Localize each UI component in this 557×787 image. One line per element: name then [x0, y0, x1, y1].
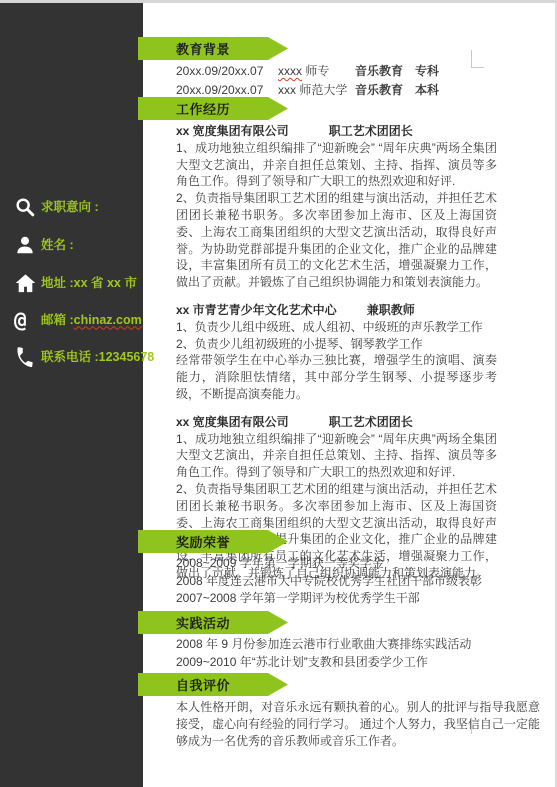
job-company: xx 宽度集团有限公司 [176, 414, 289, 431]
email-label: 邮箱 :chinaz.com [41, 313, 142, 328]
section-title: 实践活动 [176, 613, 230, 632]
email-value[interactable]: chinaz.com [74, 313, 142, 327]
job-role: 职工艺术团团长 [329, 414, 413, 431]
job-company: xx 宽度集团有限公司 [176, 123, 289, 140]
job-paragraph: 经常带领学生在中心举办三独比赛，增强学生的演唱、演奏能力，消除胆怯情绪，其中部分… [176, 352, 497, 402]
name-label: 姓名 : [41, 238, 74, 253]
edu-period: 20xx.09/20xx.07 [176, 62, 278, 81]
section-practice: 实践活动 2008 年 9 月份参加连云港市行业歌曲大赛排练实践活动 2009~… [138, 611, 537, 671]
sidebar-item-name: 姓名 : [14, 234, 140, 256]
selfeval-text: 本人性格开朗，对音乐永远有颗执着的心。别人的批评与指导我愿意接受，虚心向有经验的… [176, 699, 540, 750]
practice-banner: 实践活动 [138, 611, 288, 634]
at-icon: @ [14, 309, 41, 331]
sidebar-item-email: @ 邮箱 :chinaz.com [14, 309, 140, 331]
job-role: 兼职教师 [367, 302, 415, 319]
job-header: xx 宽度集团有限公司 职工艺术团团长 [176, 414, 497, 431]
search-icon [14, 196, 41, 218]
job-paragraph: 1、成功地独立组织编排了“迎新晚会” “周年庆典”两场全集团大型文艺演出，并亲自… [176, 140, 497, 190]
practice-item: 2009~2010 年“苏北计划”支教和县团委学少工作 [176, 654, 532, 672]
text-boundary-mark [471, 718, 472, 734]
sidebar-item-address: 地址 :xx 省 xx 市 [14, 272, 140, 295]
user-icon [14, 234, 41, 256]
section-education: 教育背景 20xx.09/20xx.07 xxxx 师专 音乐教育 专科 20x… [138, 37, 537, 99]
award-item: 2007~2008 学年第一学期评为校优秀学生干部 [176, 590, 532, 608]
edu-degree: 专科 [415, 62, 532, 81]
sidebar-item-objective: 求职意向 : [14, 196, 140, 218]
section-title: 教育背景 [176, 39, 230, 58]
section-title: 工作经历 [176, 99, 230, 118]
address-label: 地址 :xx 省 xx 市 [41, 276, 137, 291]
job-header: xx 宽度集团有限公司 职工艺术团团长 [176, 123, 497, 140]
job-company: xx 市青艺青少年文化艺术中心 [176, 302, 337, 319]
section-title: 奖励荣誉 [176, 532, 230, 551]
job-paragraph: 2、负责少儿组初级班的小提琴、钢琴教学工作 [176, 336, 497, 353]
job-header: xx 市青艺青少年文化艺术中心 兼职教师 [176, 302, 497, 319]
text-boundary-mark [471, 50, 472, 68]
section-work: 工作经历 xx 宽度集团有限公司 职工艺术团团长 1、成功地独立组织编排了“迎新… [138, 97, 537, 593]
objective-label: 求职意向 : [41, 200, 99, 215]
awards-banner: 奖励荣誉 [138, 530, 288, 553]
job-block: xx 宽度集团有限公司 职工艺术团团长 1、成功地独立组织编排了“迎新晚会” “… [176, 123, 497, 291]
award-item: 2008~2009 学年第一学期获一等奖学金 [176, 555, 532, 573]
home-icon [14, 272, 41, 295]
job-paragraph: 1、成功地独立组织编排了“迎新晚会” “周年庆典”两场全集团大型文艺演出，并亲自… [176, 431, 497, 481]
phone-icon [14, 347, 41, 368]
education-row: 20xx.09/20xx.07 xxxx 师专 音乐教育 专科 [176, 62, 532, 81]
section-awards: 奖励荣誉 2008~2009 学年第一学期获一等奖学金 2008 年度连云港市大… [138, 530, 537, 608]
practice-item: 2008 年 9 月份参加连云港市行业歌曲大赛排练实践活动 [176, 636, 532, 654]
job-paragraph: 1、负责少儿组中级班、成人组初、中级班的声乐教学工作 [176, 319, 497, 336]
award-item: 2008 年度连云港市大中专院校优秀学生社团干部市级表彰 [176, 573, 532, 591]
job-role: 职工艺术团团长 [329, 123, 413, 140]
text-boundary-mark [471, 67, 484, 68]
edu-major: 音乐教育 [355, 62, 415, 81]
work-banner: 工作经历 [138, 97, 288, 120]
resume-page: { "theme": { "accent_green": "#8ec41d", … [0, 0, 557, 787]
section-selfeval: 自我评价 本人性格开朗，对音乐永远有颗执着的心。别人的批评与指导我愿意接受，虚心… [138, 673, 537, 750]
sidebar: 求职意向 : 姓名 : 地址 :xx 省 xx 市 @ 邮箱 :chinaz.c… [0, 3, 143, 787]
education-banner: 教育背景 [138, 37, 288, 60]
selfeval-banner: 自我评价 [138, 673, 288, 696]
sidebar-item-phone: 联系电话 :12345678 [14, 347, 140, 368]
job-block: xx 市青艺青少年文化艺术中心 兼职教师 1、负责少儿组中级班、成人组初、中级班… [176, 302, 497, 403]
job-paragraph: 2、负责指导集团职工艺术团的组建与演出活动，并担任艺术团团长兼秘书职务。多次率团… [176, 190, 497, 291]
edu-school: xxxx 师专 [278, 62, 355, 81]
section-title: 自我评价 [176, 675, 230, 694]
